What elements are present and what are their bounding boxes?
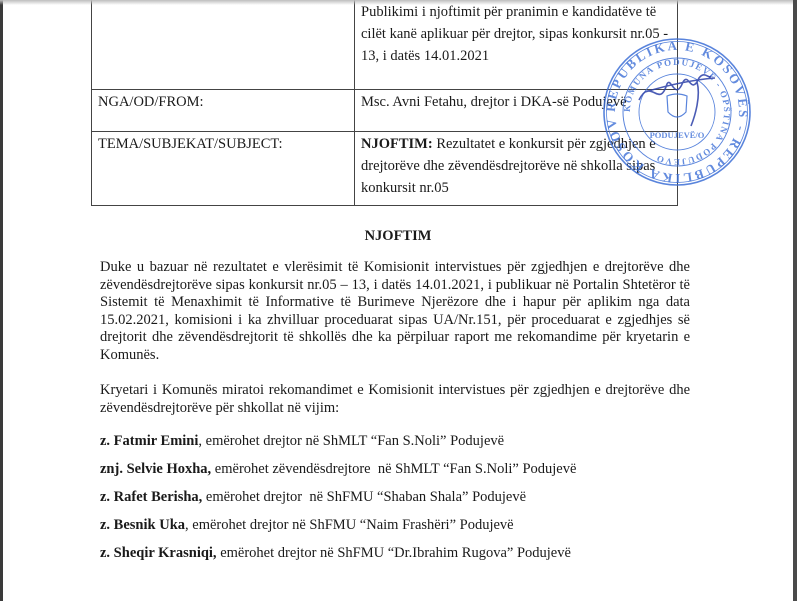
appointment-item: z. Sheqir Krasniqi, emërohet drejtor në … bbox=[100, 545, 720, 573]
subject-value-line: konkursit nr.05 bbox=[361, 177, 671, 199]
to-value: Publikimi i njoftimit për pranimin e kan… bbox=[355, 0, 678, 90]
paragraph-intro: Duke u bazuar në rezultatet e vlerësimit… bbox=[100, 259, 690, 364]
from-label: NGA/OD/FROM: bbox=[92, 90, 355, 132]
appointment-text: emërohet drejtor në ShFMU “Shaban Shala”… bbox=[202, 489, 526, 505]
from-value: Msc. Avni Fetahu, drejtor i DKA-së Poduj… bbox=[355, 90, 678, 132]
appointee-name: z. Fatmir Emini bbox=[100, 433, 198, 449]
subject-label: TEMA/SUBJEKAT/SUBJECT: bbox=[92, 132, 355, 206]
appointment-text: , emërohet drejtor në ShFMU “Naim Frashë… bbox=[185, 517, 514, 533]
appointment-item: z. Besnik Uka, emërohet drejtor në ShFMU… bbox=[100, 517, 720, 545]
appointment-text: emërohet drejtor në ShFMU “Dr.Ibrahim Ru… bbox=[217, 545, 571, 561]
viewer-scrollbar-track[interactable] bbox=[793, 0, 797, 601]
header-row-from: NGA/OD/FROM: Msc. Avni Fetahu, drejtor i… bbox=[92, 90, 678, 132]
paragraph-approval: Kryetari i Komunës miratoi rekomandimet … bbox=[100, 382, 690, 417]
appointment-item: znj. Selvie Hoxha, emërohet zëvendësdrej… bbox=[100, 461, 720, 489]
appointee-name: z. Besnik Uka bbox=[100, 517, 185, 533]
to-value-line: cilët kanë aplikuar për drejtor, sipas k… bbox=[361, 23, 671, 45]
subject-prefix: NJOFTIM: bbox=[361, 136, 433, 152]
to-label: PER/ZA/TO: bbox=[92, 0, 355, 90]
subject-value-line: Rezultatet e konkursit për zgjedhjen e bbox=[433, 136, 656, 152]
to-value-line: 13, i datës 14.01.2021 bbox=[361, 45, 671, 67]
appointee-name: z. Sheqir Krasniqi, bbox=[100, 545, 217, 561]
subject-value: NJOFTIM: Rezultatet e konkursit për zgje… bbox=[355, 132, 678, 206]
appointee-name: z. Rafet Berisha, bbox=[100, 489, 202, 505]
appointment-item: z. Rafet Berisha, emërohet drejtor në Sh… bbox=[100, 489, 720, 517]
viewer-top-shadow bbox=[0, 0, 793, 5]
document-page: PER/ZA/TO: Publikimi i njoftimit për pra… bbox=[3, 0, 793, 601]
appointments-list: z. Fatmir Emini, emërohet drejtor në ShM… bbox=[100, 433, 720, 573]
header-row-to: PER/ZA/TO: Publikimi i njoftimit për pra… bbox=[92, 0, 678, 90]
header-table: PER/ZA/TO: Publikimi i njoftimit për pra… bbox=[91, 0, 678, 206]
appointment-text: , emërohet drejtor në ShMLT “Fan S.Noli”… bbox=[198, 433, 504, 449]
appointment-item: z. Fatmir Emini, emërohet drejtor në ShM… bbox=[100, 433, 720, 461]
appointment-text: emërohet zëvendësdrejtore në ShMLT “Fan … bbox=[211, 461, 576, 477]
header-row-subject: TEMA/SUBJEKAT/SUBJECT: NJOFTIM: Rezultat… bbox=[92, 132, 678, 206]
appointee-name: znj. Selvie Hoxha, bbox=[100, 461, 211, 477]
document-title: NJOFTIM bbox=[3, 228, 793, 245]
subject-value-line: drejtorëve dhe zëvendësdrejtorëve në shk… bbox=[361, 155, 671, 177]
